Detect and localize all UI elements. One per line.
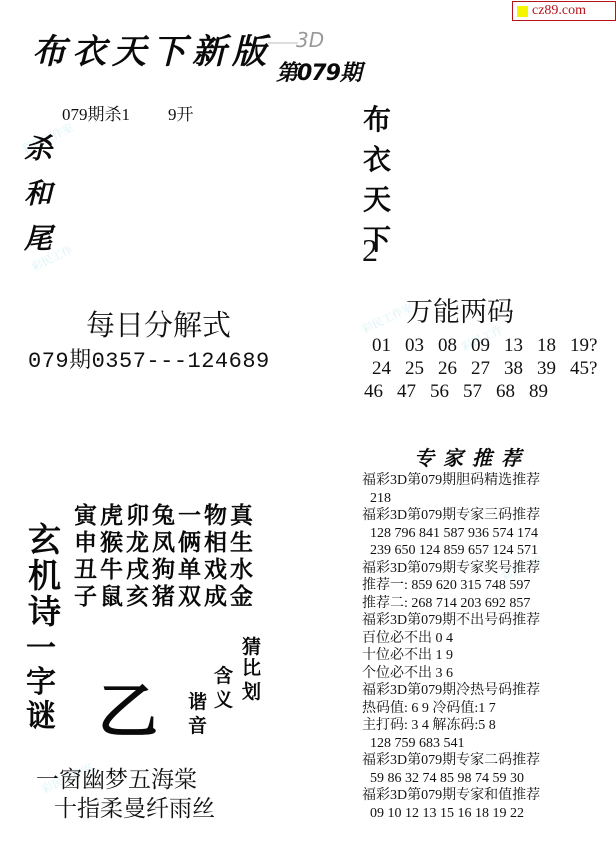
xuanji-char: 机 bbox=[28, 558, 68, 594]
poem-line: 申猴龙凤俩相生 bbox=[74, 530, 256, 557]
hint-char: 谐 bbox=[188, 690, 212, 714]
buyi-number: 2 bbox=[362, 232, 378, 269]
expert-line: 热码值: 6 9 冷码值:1 7 bbox=[362, 700, 612, 718]
kill-tail-left: 079期杀1 bbox=[62, 105, 130, 124]
issue-label: 第079期 bbox=[276, 56, 361, 87]
bottom-poem: 一窗幽梦五海棠 十指柔曼纤雨丝 bbox=[36, 766, 215, 824]
expert-line: 福彩3D第079期胆码精选推荐 bbox=[362, 472, 612, 490]
buyi-char: 衣 bbox=[360, 140, 394, 180]
number-cell: 68 bbox=[496, 380, 529, 403]
number-cell: 38 bbox=[504, 357, 537, 380]
xuanji-poem: 寅虎卯兔一物真 申猴龙凤俩相生 丑牛戌狗单戏水 子鼠亥猪双成金 bbox=[74, 503, 256, 611]
expert-line: 福彩3D第079期不出号码推荐 bbox=[362, 612, 612, 630]
hint-homophone: 谐 音 bbox=[188, 690, 212, 738]
number-cell: 13 bbox=[504, 334, 537, 357]
number-cell: 39 bbox=[537, 357, 570, 380]
number-cell: 25 bbox=[405, 357, 438, 380]
daily-decompose-title: 每日分解式 bbox=[86, 303, 231, 344]
riddle-label: 一 字 谜 bbox=[26, 632, 66, 734]
expert-line: 十位必不出 1 9 bbox=[362, 647, 612, 665]
expert-line: 59 86 32 74 85 98 74 59 30 bbox=[362, 770, 612, 788]
expert-line: 推荐一: 859 620 315 748 597 bbox=[362, 577, 612, 595]
xuanji-char: 玄 bbox=[28, 522, 68, 558]
wanneng-row: 464756576889 bbox=[364, 380, 603, 403]
riddle-char: 谜 bbox=[26, 700, 66, 734]
kill-tail-char: 尾 bbox=[24, 216, 58, 261]
wanneng-grid: 01030809131819? 24252627383945? 46475657… bbox=[372, 334, 603, 403]
expert-line: 128 759 683 541 bbox=[362, 735, 612, 753]
riddle-char: 一 bbox=[26, 632, 66, 666]
expert-line: 福彩3D第079期专家和值推荐 bbox=[362, 787, 612, 805]
expert-line: 239 650 124 859 657 124 571 bbox=[362, 542, 612, 560]
number-cell: 26 bbox=[438, 357, 471, 380]
daily-decompose-line: 079期0357---124689 bbox=[28, 343, 270, 374]
number-cell: 09 bbox=[471, 334, 504, 357]
expert-line: 百位必不出 0 4 bbox=[362, 630, 612, 648]
number-cell: 45? bbox=[570, 357, 603, 380]
number-cell: 18 bbox=[537, 334, 570, 357]
kill-tail-line: 079期杀19开 bbox=[62, 100, 194, 125]
expert-line: 推荐二: 268 714 203 692 857 bbox=[362, 595, 612, 613]
expert-line: 福彩3D第079期专家二码推荐 bbox=[362, 752, 612, 770]
expert-line: 主打码: 3 4 解冻码:5 8 bbox=[362, 717, 612, 735]
kill-tail-vertical-label: 杀 和 尾 bbox=[24, 126, 58, 261]
hint-char: 音 bbox=[188, 714, 212, 738]
buyi-char: 天 bbox=[360, 180, 394, 220]
hint-strokes: 比 划 bbox=[242, 656, 266, 704]
number-cell: 08 bbox=[438, 334, 471, 357]
number-cell: 89 bbox=[529, 380, 562, 403]
expert-list: 福彩3D第079期胆码精选推荐 218 福彩3D第079期专家三码推荐 128 … bbox=[362, 472, 612, 822]
expert-line: 福彩3D第079期专家奖号推荐 bbox=[362, 560, 612, 578]
divider bbox=[268, 42, 298, 44]
expert-line: 218 bbox=[362, 490, 612, 508]
number-cell: 46 bbox=[364, 380, 397, 403]
poem-line: 寅虎卯兔一物真 bbox=[74, 503, 256, 530]
riddle-character: 乙 bbox=[98, 664, 158, 750]
site-badge-link[interactable]: cz89.com bbox=[512, 1, 616, 21]
number-cell: 56 bbox=[430, 380, 463, 403]
yellow-square-icon bbox=[517, 6, 528, 17]
hint-char: 义 bbox=[214, 688, 238, 712]
expert-line: 09 10 12 13 15 16 18 19 22 bbox=[362, 805, 612, 823]
expert-line: 福彩3D第079期专家三码推荐 bbox=[362, 507, 612, 525]
hint-char: 比 bbox=[242, 656, 266, 680]
wanneng-title: 万能两码 bbox=[406, 290, 514, 329]
page-title: 布衣天下新版 bbox=[32, 24, 272, 73]
buyi-char: 布 bbox=[360, 100, 394, 140]
hint-meaning: 含 义 bbox=[214, 664, 238, 712]
hint-char: 含 bbox=[214, 664, 238, 688]
expert-title: 专家推荐 bbox=[414, 442, 530, 471]
hint-char: 划 bbox=[242, 680, 266, 704]
game-label: 3D bbox=[296, 28, 324, 52]
number-cell: 19? bbox=[570, 334, 603, 357]
number-cell: 47 bbox=[397, 380, 430, 403]
wanneng-row: 01030809131819? bbox=[372, 334, 603, 357]
expert-line: 福彩3D第079期冷热号码推荐 bbox=[362, 682, 612, 700]
wanneng-row: 24252627383945? bbox=[372, 357, 603, 380]
expert-line: 128 796 841 587 936 574 174 bbox=[362, 525, 612, 543]
number-cell: 27 bbox=[471, 357, 504, 380]
xuanji-char: 诗 bbox=[28, 594, 68, 630]
kill-tail-char: 和 bbox=[24, 171, 58, 216]
site-badge-text: cz89.com bbox=[532, 3, 586, 19]
number-cell: 01 bbox=[372, 334, 405, 357]
number-cell: 03 bbox=[405, 334, 438, 357]
kill-tail-right: 9开 bbox=[168, 105, 194, 124]
kill-tail-char: 杀 bbox=[24, 126, 58, 171]
poem-line: 十指柔曼纤雨丝 bbox=[36, 795, 215, 824]
riddle-char: 字 bbox=[26, 666, 66, 700]
poem-line: 丑牛戌狗单戏水 bbox=[74, 557, 256, 584]
number-cell: 24 bbox=[372, 357, 405, 380]
number-cell: 57 bbox=[463, 380, 496, 403]
poem-line: 一窗幽梦五海棠 bbox=[36, 766, 215, 795]
hint-guess: 猜 bbox=[242, 632, 261, 659]
expert-line: 个位必不出 3 6 bbox=[362, 665, 612, 683]
xuanji-label: 玄 机 诗 bbox=[28, 522, 68, 630]
poem-line: 子鼠亥猪双成金 bbox=[74, 584, 256, 611]
